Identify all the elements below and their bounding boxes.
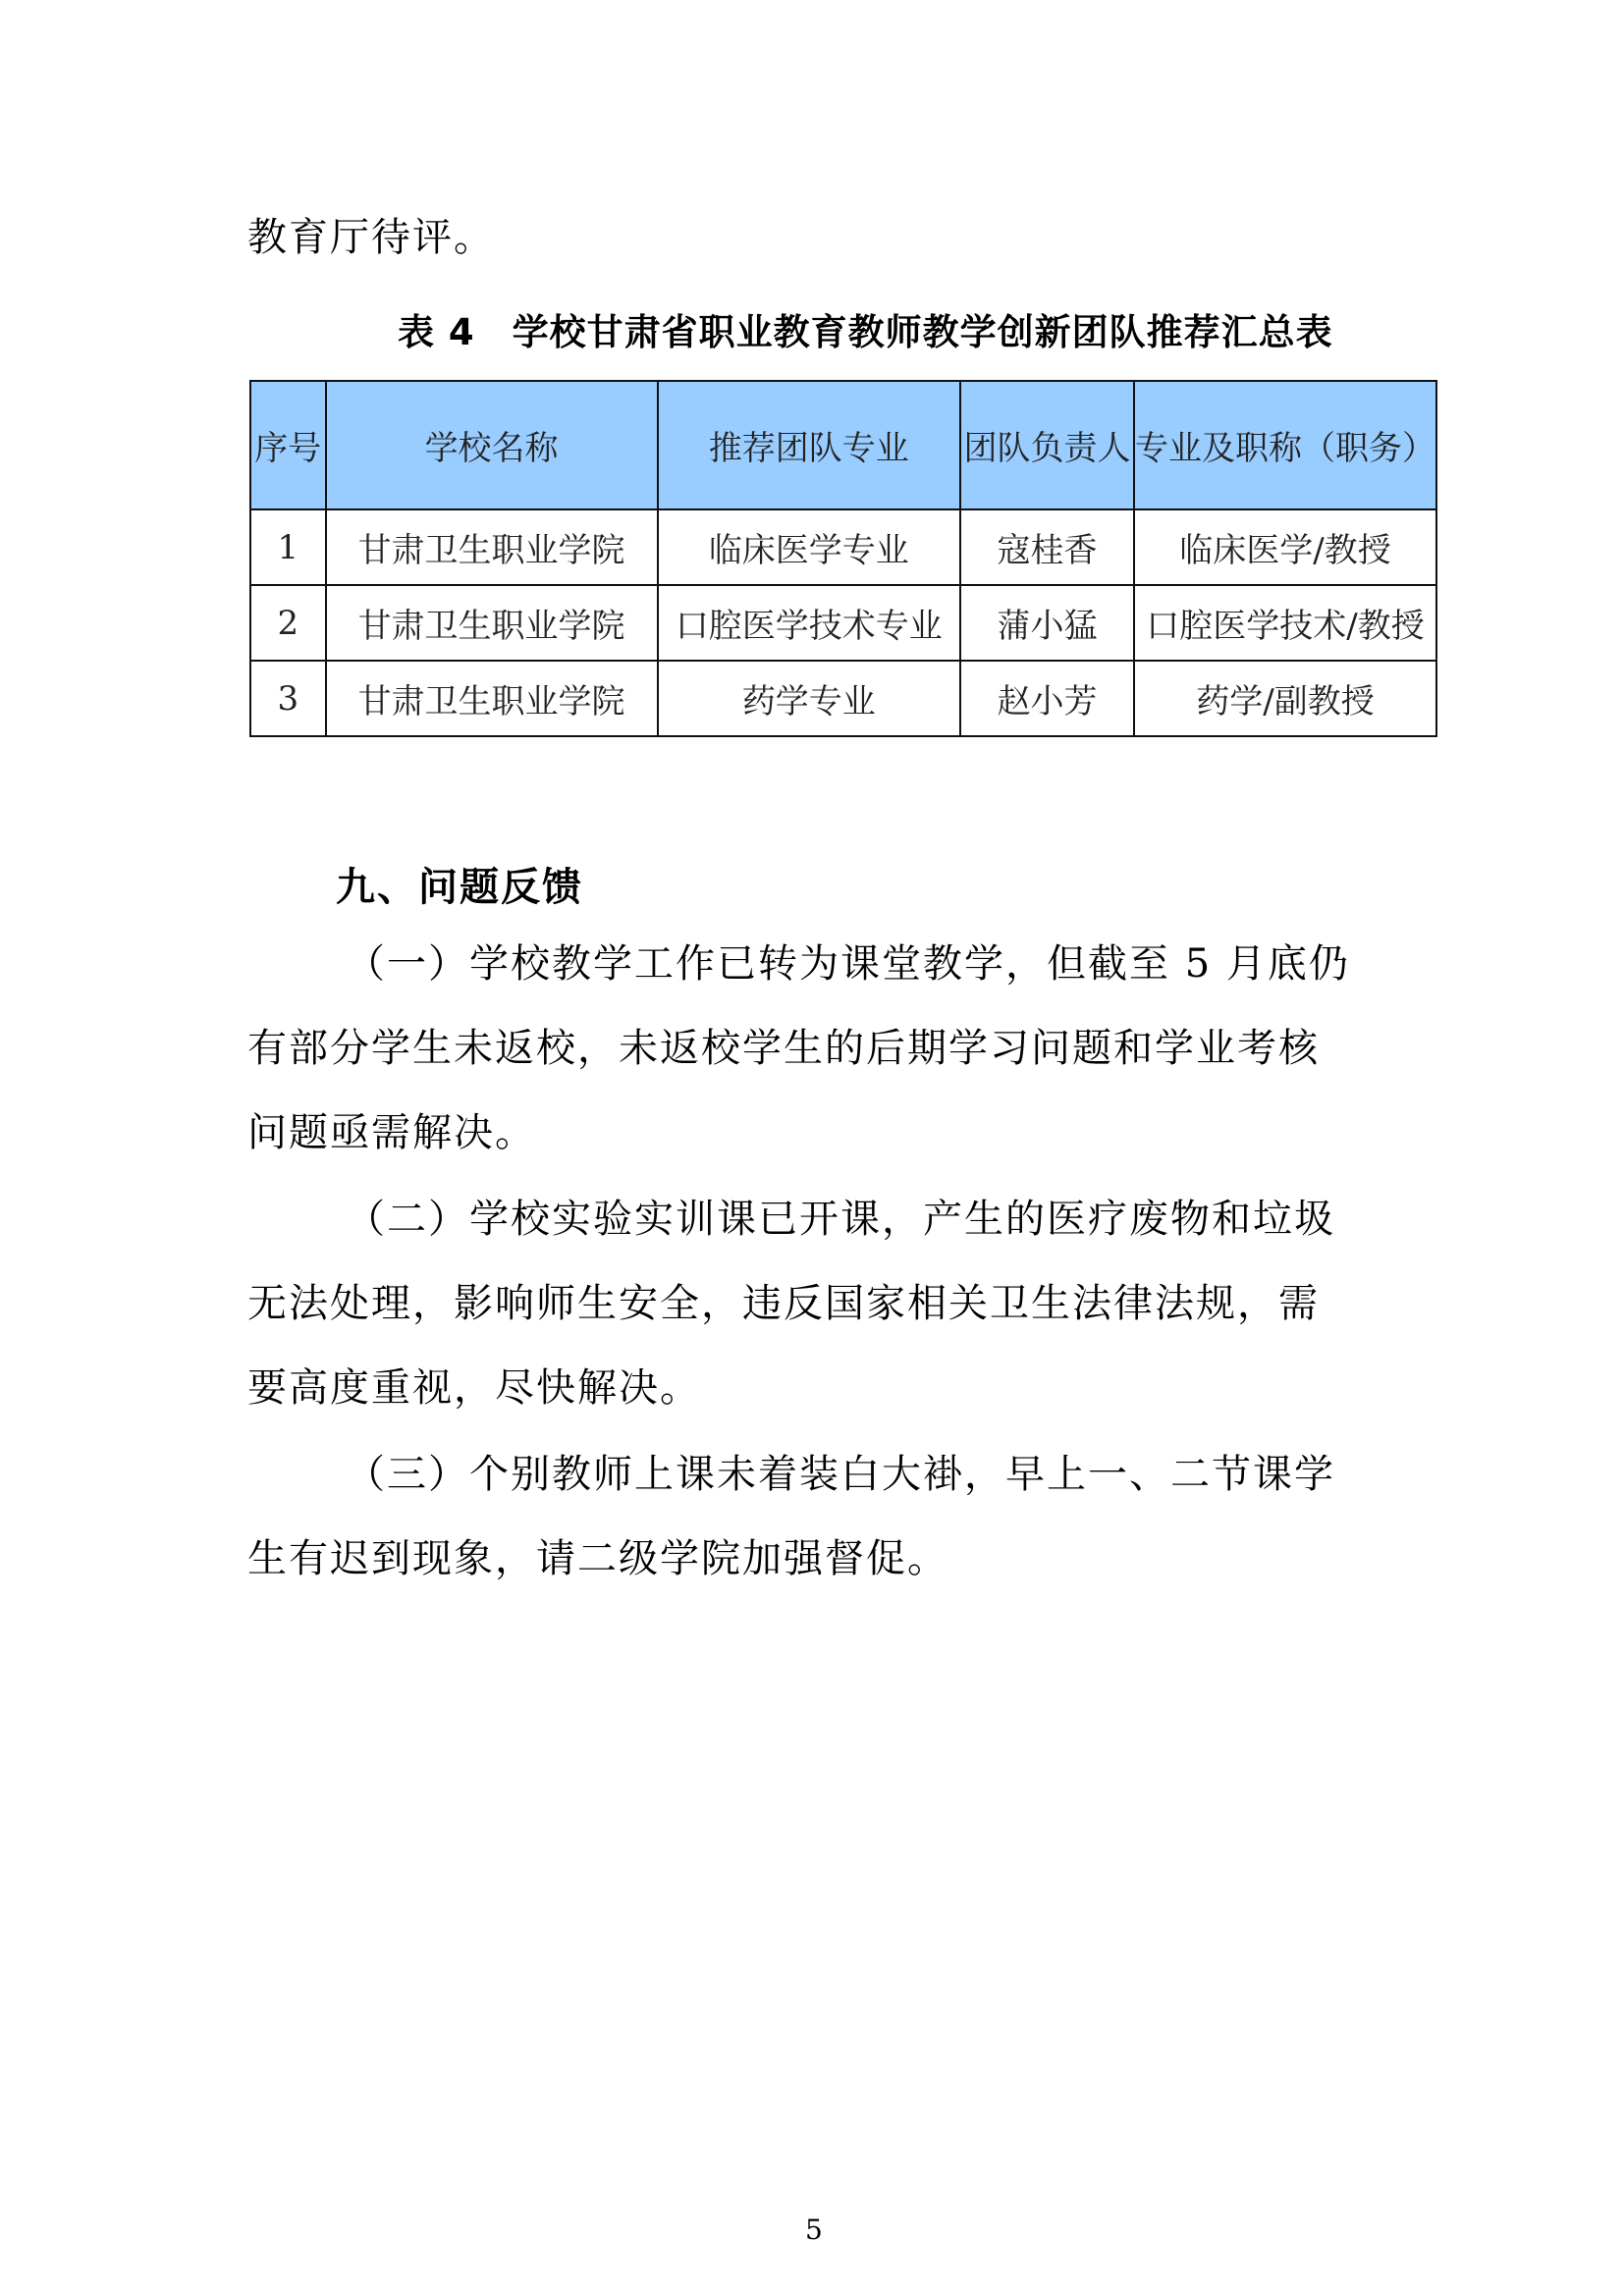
lead-line: 教育厅待评。 xyxy=(247,218,495,257)
column-header-school: 学校名称 xyxy=(326,381,658,509)
cell-major: 药学专业 xyxy=(658,661,960,736)
paragraph-1-line-1: （一）学校教学工作已转为课堂教学，但截至 5 月底仍 xyxy=(346,944,1350,984)
paragraph-3-line-1: （三）个别教师上课未着装白大褂，早上一、二节课学 xyxy=(346,1455,1335,1494)
table-row: 3 甘肃卫生职业学院 药学专业 赵小芳 药学/副教授 xyxy=(250,661,1436,736)
cell-leader: 蒲小猛 xyxy=(960,585,1134,661)
cell-major: 临床医学专业 xyxy=(658,509,960,585)
table-header-row: 序号 学校名称 推荐团队专业 团队负责人 专业及职称（职务） xyxy=(250,381,1436,509)
column-header-leader: 团队负责人 xyxy=(960,381,1134,509)
paragraph-2-line-2: 无法处理，影响师生安全，违反国家相关卫生法律法规，需 xyxy=(247,1284,1320,1323)
paragraph-1-line-2: 有部分学生未返校，未返校学生的后期学习问题和学业考核 xyxy=(247,1029,1320,1068)
cell-no: 1 xyxy=(250,509,326,585)
cell-no: 3 xyxy=(250,661,326,736)
cell-leader: 赵小芳 xyxy=(960,661,1134,736)
cell-major: 口腔医学技术专业 xyxy=(658,585,960,661)
cell-title: 临床医学/教授 xyxy=(1134,509,1436,585)
cell-school: 甘肃卫生职业学院 xyxy=(326,585,658,661)
cell-title: 药学/副教授 xyxy=(1134,661,1436,736)
cell-school: 甘肃卫生职业学院 xyxy=(326,509,658,585)
cell-title: 口腔医学技术/教授 xyxy=(1134,585,1436,661)
paragraph-2-line-1: （二）学校实验实训课已开课，产生的医疗废物和垃圾 xyxy=(346,1200,1335,1239)
column-header-no: 序号 xyxy=(250,381,326,509)
page-number: 5 xyxy=(805,2214,823,2246)
paragraph-2-line-3: 要高度重视，尽快解决。 xyxy=(247,1368,701,1408)
paragraph-3-line-2: 生有迟到现象，请二级学院加强督促。 xyxy=(247,1539,948,1578)
cell-leader: 寇桂香 xyxy=(960,509,1134,585)
cell-school: 甘肃卫生职业学院 xyxy=(326,661,658,736)
column-header-title: 专业及职称（职务） xyxy=(1134,381,1436,509)
table-row: 2 甘肃卫生职业学院 口腔医学技术专业 蒲小猛 口腔医学技术/教授 xyxy=(250,585,1436,661)
document-page: 教育厅待评。 表 4 学校甘肃省职业教育教师教学创新团队推荐汇总表 序号 学校名… xyxy=(0,0,1624,2296)
column-header-major: 推荐团队专业 xyxy=(658,381,960,509)
table-caption: 表 4 学校甘肃省职业教育教师教学创新团队推荐汇总表 xyxy=(398,302,1333,355)
section-heading: 九、问题反馈 xyxy=(336,856,583,912)
recommendation-table: 序号 学校名称 推荐团队专业 团队负责人 专业及职称（职务） 1 甘肃卫生职业学… xyxy=(249,380,1437,737)
cell-no: 2 xyxy=(250,585,326,661)
paragraph-1-line-3: 问题亟需解决。 xyxy=(247,1113,536,1152)
table-row: 1 甘肃卫生职业学院 临床医学专业 寇桂香 临床医学/教授 xyxy=(250,509,1436,585)
